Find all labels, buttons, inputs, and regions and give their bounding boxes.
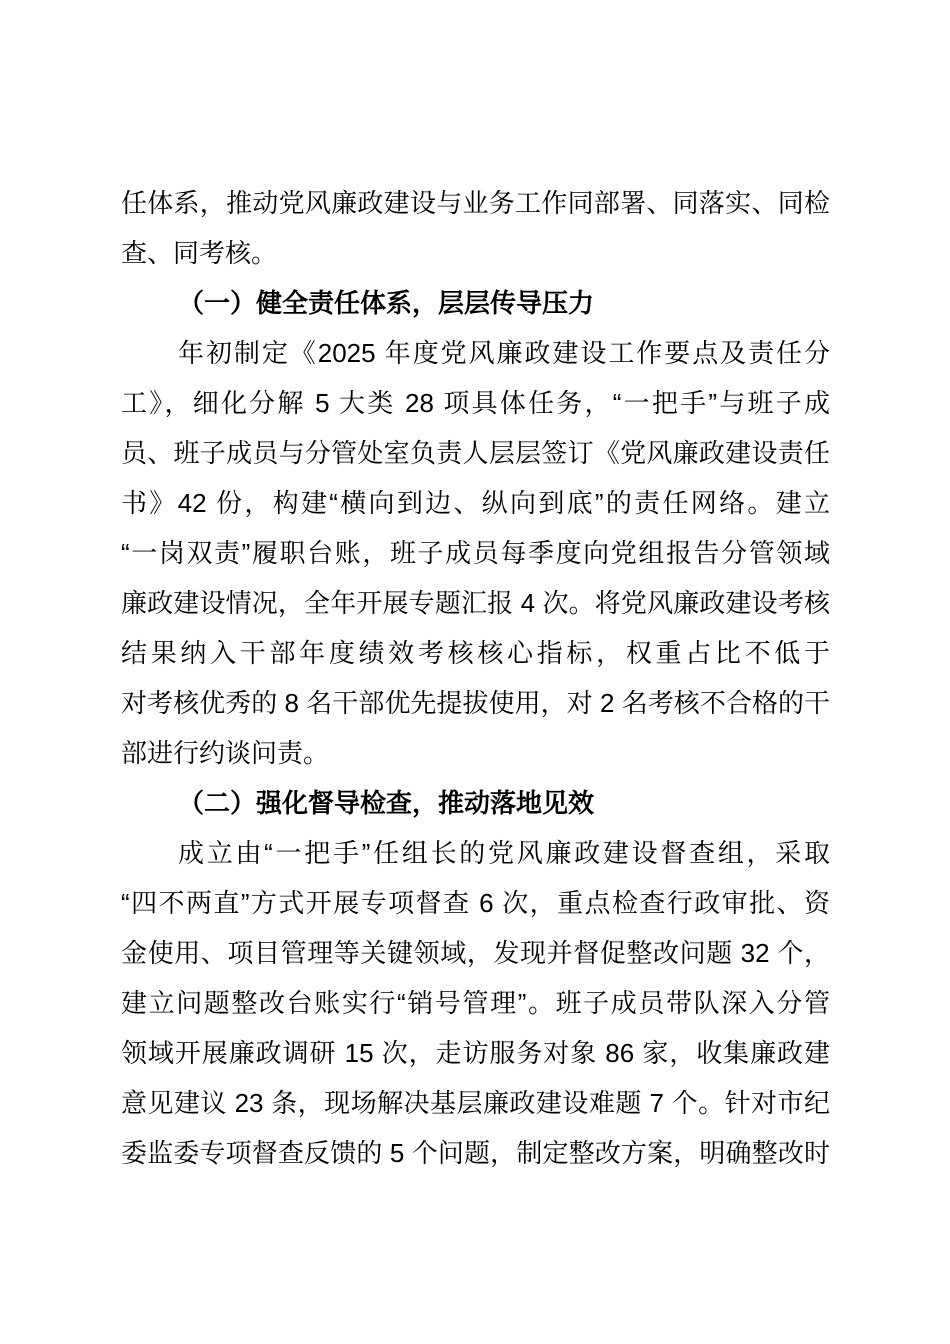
document-line: 年初制定《2025 年度党风廉政建设工作要点及责任分 — [121, 328, 830, 378]
document-line: 委监委专项督查反馈的 5 个问题，制定整改方案，明确整改时 — [121, 1128, 830, 1178]
document-line: 廉政建设情况，全年开展专题汇报 4 次。将党风廉政建设考核 — [121, 578, 830, 628]
document-line: 成立由“一把手”任组长的党风廉政建设督查组，采取 — [121, 828, 830, 878]
document-line: 工》，细化分解 5 大类 28 项具体任务，“一把手”与班子成 — [121, 378, 830, 428]
section-heading-one: （一）健全责任体系，层层传导压力 — [121, 278, 830, 328]
document-line: 查、同考核。 — [121, 228, 830, 278]
document-line: 任体系，推动党风廉政建设与业务工作同部署、同落实、同检 — [121, 178, 830, 228]
document-line: 金使用、项目管理等关键领域，发现并督促整改问题 32 个， — [121, 928, 830, 978]
document-line: “四不两直”方式开展专项督查 6 次，重点检查行政审批、资 — [121, 878, 830, 928]
document-text-block: 任体系，推动党风廉政建设与业务工作同部署、同落实、同检 查、同考核。 （一）健全… — [121, 178, 830, 1178]
document-page: 任体系，推动党风廉政建设与业务工作同部署、同落实、同检 查、同考核。 （一）健全… — [0, 0, 950, 1344]
document-line: 意见建议 23 条，现场解决基层廉政建设难题 7 个。针对市纪 — [121, 1078, 830, 1128]
document-line: 对考核优秀的 8 名干部优先提拔使用，对 2 名考核不合格的干 — [121, 678, 830, 728]
document-line: 员、班子成员与分管处室负责人层层签订《党风廉政建设责任 — [121, 428, 830, 478]
document-line: 领域开展廉政调研 15 次，走访服务对象 86 家，收集廉政建设 — [121, 1028, 830, 1078]
document-line: “一岗双责”履职台账，班子成员每季度向党组报告分管领域 — [121, 528, 830, 578]
document-line: 书》42 份，构建“横向到边、纵向到底”的责任网络。建立 — [121, 478, 830, 528]
document-line: 部进行约谈问责。 — [121, 728, 830, 778]
document-line: 建立问题整改台账实行“销号管理”。班子成员带队深入分管 — [121, 978, 830, 1028]
document-line: 结果纳入干部年度绩效考核核心指标，权重占比不低于 30%， — [121, 628, 830, 678]
section-heading-two: （二）强化督导检查，推动落地见效 — [121, 778, 830, 828]
